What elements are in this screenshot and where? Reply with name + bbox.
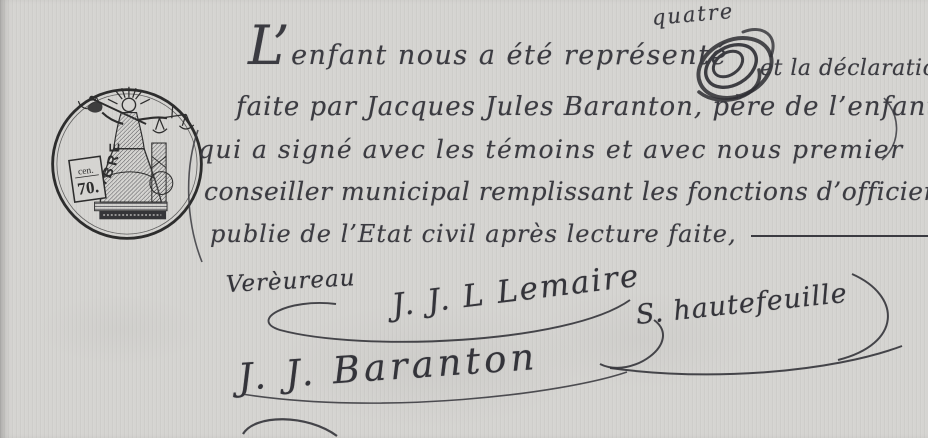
manuscript-line-5-text: publie de l’Etat civil après lecture fai… (210, 220, 737, 248)
scales-icon (153, 105, 194, 133)
revenue-stamp: TIMBRE (45, 82, 209, 246)
document-page: TIMBRE (0, 0, 928, 438)
signature-witness-1: Verèureau (225, 265, 356, 298)
justice-head (122, 98, 135, 111)
manuscript-line-4: conseiller municipal remplissant les fon… (204, 177, 928, 206)
manuscript-line-3: qui a signé avec les témoins et avec nou… (198, 135, 904, 164)
marginal-note: quatre (651, 0, 735, 30)
stamp-pedestal (95, 202, 167, 219)
stamp-value-tablet: cen. 70. (69, 156, 106, 202)
signature-father: J. J. Baranton (237, 335, 540, 399)
cutoff-flourish-bottom (235, 416, 355, 438)
manuscript-line-5: publie de l’Etat civil après lecture fai… (210, 220, 928, 248)
manuscript-line-1-continued: et la déclaration (760, 56, 928, 81)
signature-witness-2: J. J. L Lemaire (390, 258, 642, 324)
signature-witness-3: S. hautefeuille (634, 278, 849, 331)
manuscript-line-2: faite par Jacques Jules Baranton, père d… (236, 92, 928, 122)
closing-dash-rule (751, 235, 928, 237)
stamp-value-label: 70. (76, 177, 100, 199)
fasces-icon (150, 143, 173, 202)
manuscript-line-1: L’enfant nous a été représenté (248, 40, 728, 71)
